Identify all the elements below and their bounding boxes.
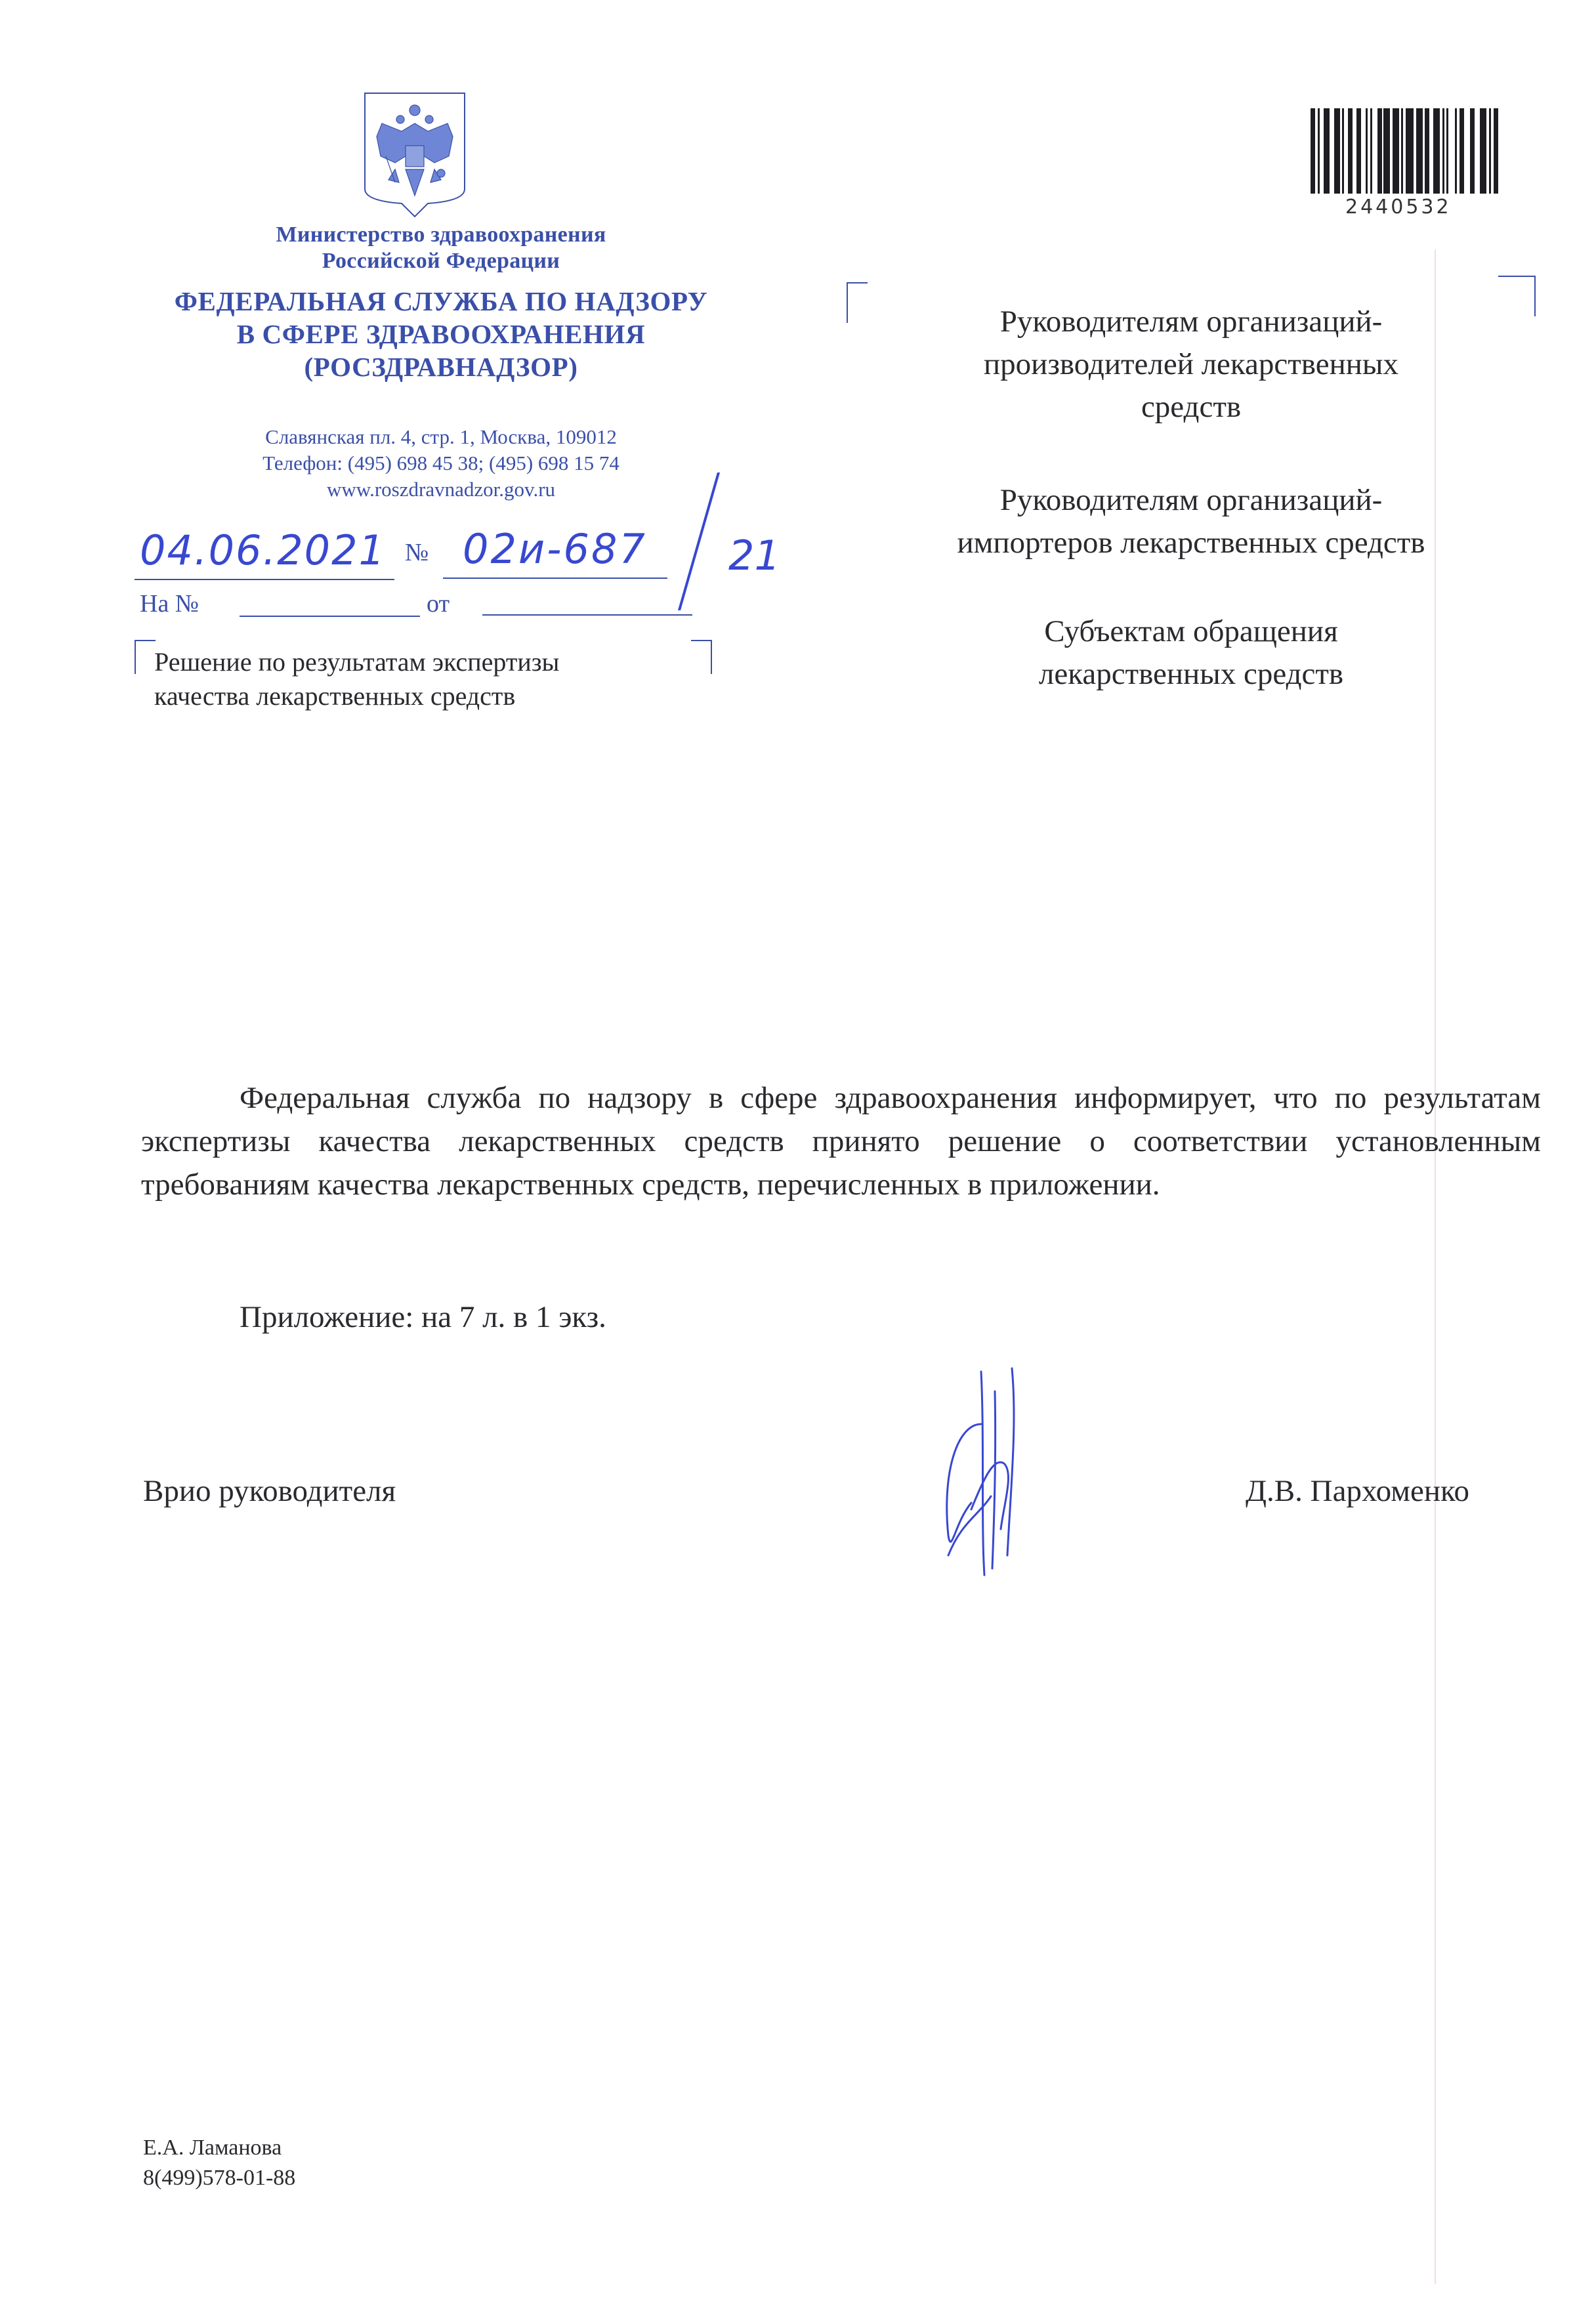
recipient-line: лекарственных средств	[847, 653, 1536, 696]
recipients-block: Руководителям организаций- производителе…	[847, 276, 1536, 722]
registration-line: 04.06.2021 № 02и-687 21	[135, 518, 870, 591]
recipient-manufacturers: Руководителям организаций- производителе…	[847, 301, 1536, 429]
executor-block: Е.А. Ламанова 8(499)578-01-88	[143, 2133, 295, 2193]
handwritten-signature-icon	[932, 1358, 1148, 1582]
date-underline	[135, 579, 394, 580]
recipient-circulation-subjects: Субъектам обращения лекарственных средст…	[847, 610, 1536, 696]
signer-name: Д.В. Пархоменко	[1246, 1473, 1469, 1509]
executor-phone: 8(499)578-01-88	[143, 2163, 295, 2193]
barcode-number: 2440532	[1345, 196, 1452, 219]
reference-number-blank	[240, 616, 420, 617]
attachment-note: Приложение: на 7 л. в 1 экз.	[240, 1299, 606, 1335]
ministry-name: Министерство здравоохранения Российской …	[126, 222, 756, 274]
number-sign: №	[405, 538, 429, 567]
recipient-line: Руководителям организаций-	[847, 301, 1536, 343]
recipient-line: Субъектам обращения	[847, 610, 1536, 653]
service-line-3: (РОСЗДРАВНАДЗОР)	[126, 350, 756, 383]
document-number: 02и-687	[463, 525, 647, 573]
contact-block: Славянская пл. 4, стр. 1, Москва, 109012…	[126, 424, 756, 503]
reference-date-blank	[482, 614, 692, 616]
bracket-corner	[135, 640, 156, 674]
reference-number-label: На №	[140, 589, 199, 618]
subject-block: Решение по результатам экспертизы качест…	[135, 640, 712, 725]
recipient-line: Руководителям организаций-	[847, 479, 1536, 522]
recipient-line: импортеров лекарственных средств	[847, 522, 1536, 564]
ministry-line-1: Министерство здравоохранения	[126, 222, 756, 248]
address: Славянская пл. 4, стр. 1, Москва, 109012	[126, 424, 756, 450]
service-name: ФЕДЕРАЛЬНАЯ СЛУЖБА ПО НАДЗОРУ В СФЕРЕ ЗД…	[126, 285, 756, 383]
reference-line: На № от	[135, 589, 725, 629]
signer-title: Врио руководителя	[143, 1473, 396, 1509]
bracket-corner	[691, 640, 712, 674]
document-date: 04.06.2021	[140, 526, 386, 574]
recipient-importers: Руководителям организаций- импортеров ле…	[847, 479, 1536, 564]
subject-line-1: Решение по результатам экспертизы	[154, 645, 559, 679]
barcode-icon	[1309, 108, 1506, 194]
phone: Телефон: (495) 698 45 38; (495) 698 15 7…	[126, 450, 756, 476]
executor-name: Е.А. Ламанова	[143, 2133, 295, 2163]
ministry-line-2: Российской Федерации	[126, 248, 756, 274]
service-line-1: ФЕДЕРАЛЬНАЯ СЛУЖБА ПО НАДЗОРУ	[126, 285, 756, 318]
document-number-year: 21	[728, 532, 780, 579]
recipient-line: средств	[847, 386, 1536, 429]
reference-from-label: от	[427, 589, 450, 618]
recipient-line: производителей лекарственных	[847, 343, 1536, 386]
website: www.roszdravnadzor.gov.ru	[126, 476, 756, 503]
number-underline	[443, 578, 667, 579]
service-line-2: В СФЕРЕ ЗДРАВООХРАНЕНИЯ	[126, 318, 756, 350]
body-paragraph: Федеральная служба по надзору в сфере зд…	[141, 1076, 1541, 1206]
coat-of-arms-icon	[362, 91, 467, 219]
subject-line-2: качества лекарственных средств	[154, 679, 559, 713]
